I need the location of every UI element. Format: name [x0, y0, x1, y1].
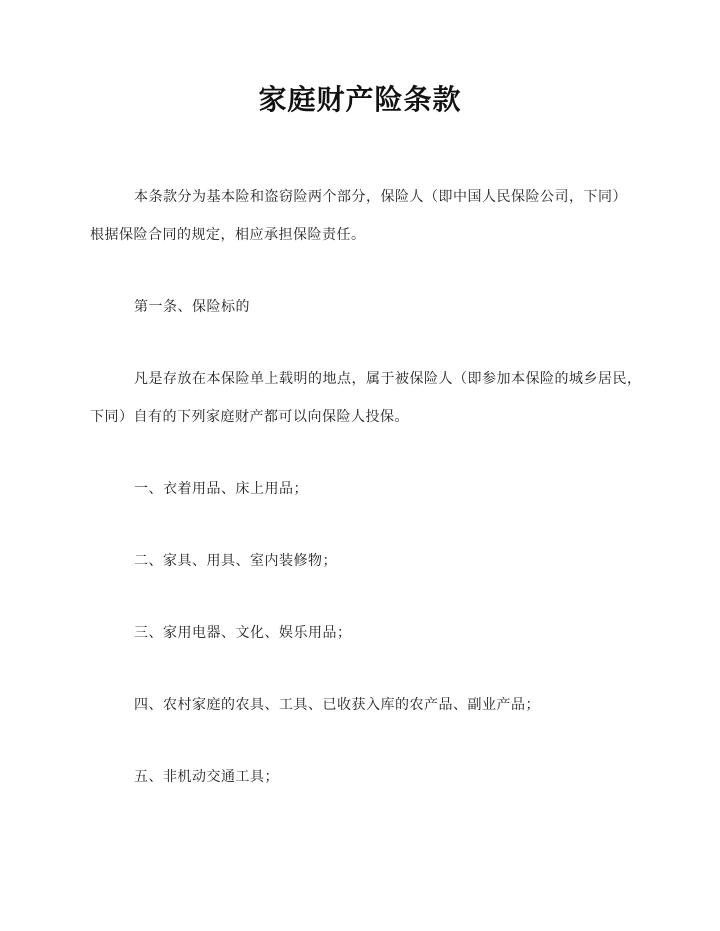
- paragraph-line: 下同）自有的下列家庭财产都可以向保险人投保。: [90, 398, 630, 436]
- list-item-3: 三、家用电器、文化、娱乐用品；: [90, 614, 630, 652]
- paragraph-intro: 本条款分为基本险和盗窃险两个部分，保险人（即中国人民保险公司，下同） 根据保险合…: [90, 178, 630, 254]
- document-body: 本条款分为基本险和盗窃险两个部分，保险人（即中国人民保险公司，下同） 根据保险合…: [90, 178, 630, 796]
- list-item-4: 四、农村家庭的农具、工具、已收获入库的农产品、副业产品；: [90, 686, 630, 724]
- paragraph-article-1-body: 凡是存放在本保险单上载明的地点，属于被保险人（即参加本保险的城乡居民， 下同）自…: [90, 360, 630, 436]
- paragraph-line: 五、非机动交通工具；: [90, 758, 630, 796]
- paragraph-line: 本条款分为基本险和盗窃险两个部分，保险人（即中国人民保险公司，下同）: [90, 178, 630, 216]
- paragraph-article-1-heading: 第一条、保险标的: [90, 288, 630, 326]
- paragraph-line: 根据保险合同的规定，相应承担保险责任。: [90, 216, 630, 254]
- paragraph-line: 二、家具、用具、室内装修物；: [90, 542, 630, 580]
- paragraph-line: 第一条、保险标的: [90, 288, 630, 326]
- paragraph-line: 四、农村家庭的农具、工具、已收获入库的农产品、副业产品；: [90, 686, 630, 724]
- paragraph-line: 凡是存放在本保险单上载明的地点，属于被保险人（即参加本保险的城乡居民，: [90, 360, 630, 398]
- list-item-1: 一、衣着用品、床上用品；: [90, 470, 630, 508]
- list-item-5: 五、非机动交通工具；: [90, 758, 630, 796]
- paragraph-line: 三、家用电器、文化、娱乐用品；: [90, 614, 630, 652]
- paragraph-line: 一、衣着用品、床上用品；: [90, 470, 630, 508]
- document-title: 家庭财产险条款: [90, 82, 630, 118]
- list-item-2: 二、家具、用具、室内装修物；: [90, 542, 630, 580]
- document-page: 家庭财产险条款 本条款分为基本险和盗窃险两个部分，保险人（即中国人民保险公司，下…: [0, 0, 720, 931]
- document-content: 家庭财产险条款 本条款分为基本险和盗窃险两个部分，保险人（即中国人民保险公司，下…: [0, 0, 720, 796]
